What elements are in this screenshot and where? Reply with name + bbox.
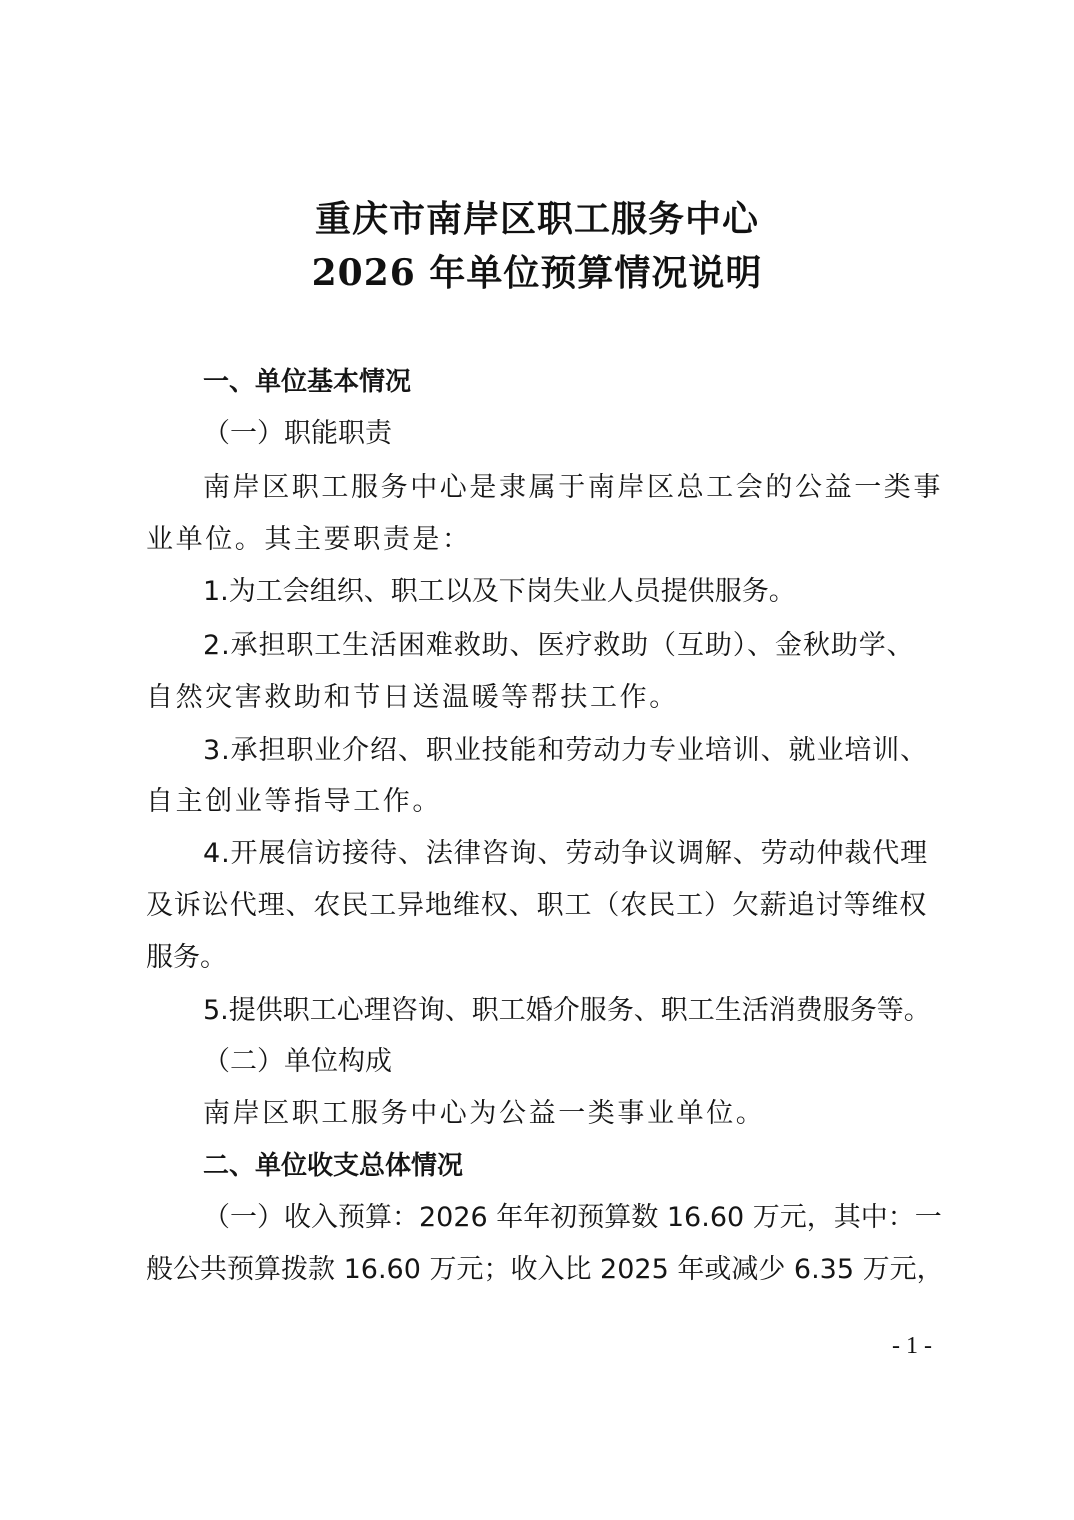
composition-text: 南岸区职工服务中心为公益一类事业单位。 xyxy=(203,1098,1003,1130)
duty-item-2-cont: 自然灾害救助和节日送温暖等帮扶工作。 xyxy=(146,682,946,714)
income-budget-line-cont: 般公共预算拨款 16.60 万元；收入比 2025 年或减少 6.35 万元， xyxy=(146,1254,946,1286)
document-title-line1: 重庆市南岸区职工服务中心 xyxy=(0,201,1074,237)
paragraph-line: 南岸区职工服务中心是隶属于南岸区总工会的公益一类事 xyxy=(203,472,1003,504)
duty-item-4-cont: 及诉讼代理、农民工异地维权、职工（农民工）欠薪追讨等维权 xyxy=(146,890,946,922)
paragraph-line: 业单位。其主要职责是： xyxy=(146,524,946,556)
section-heading-basic-info: 一、单位基本情况 xyxy=(203,366,1003,398)
subsection-heading-functions: （一）职能职责 xyxy=(203,418,1003,450)
duty-item-3-cont: 自主创业等指导工作。 xyxy=(146,786,946,818)
duty-item-2: 2.承担职工生活困难救助、医疗救助（互助）、金秋助学、 xyxy=(203,630,1003,662)
subsection-heading-composition: （二）单位构成 xyxy=(203,1046,1003,1078)
document-page: 重庆市南岸区职工服务中心 2026 年单位预算情况说明 一、单位基本情况 （一）… xyxy=(0,0,1074,1520)
duty-item-4: 4.开展信访接待、法律咨询、劳动争议调解、劳动仲裁代理 xyxy=(203,838,1003,870)
duty-item-4-end: 服务。 xyxy=(146,942,946,974)
duty-item-5: 5.提供职工心理咨询、职工婚介服务、职工生活消费服务等。 xyxy=(203,995,1003,1027)
section-heading-revenue-expenditure: 二、单位收支总体情况 xyxy=(203,1150,1003,1182)
document-title-line2: 2026 年单位预算情况说明 xyxy=(0,255,1074,291)
duty-item-3: 3.承担职业介绍、职业技能和劳动力专业培训、就业培训、 xyxy=(203,735,1003,767)
duty-item-1: 1.为工会组织、职工以及下岗失业人员提供服务。 xyxy=(203,576,1003,608)
page-number: - 1 - xyxy=(892,1333,932,1360)
income-budget-line: （一）收入预算：2026 年年初预算数 16.60 万元，其中：一 xyxy=(203,1202,1003,1234)
